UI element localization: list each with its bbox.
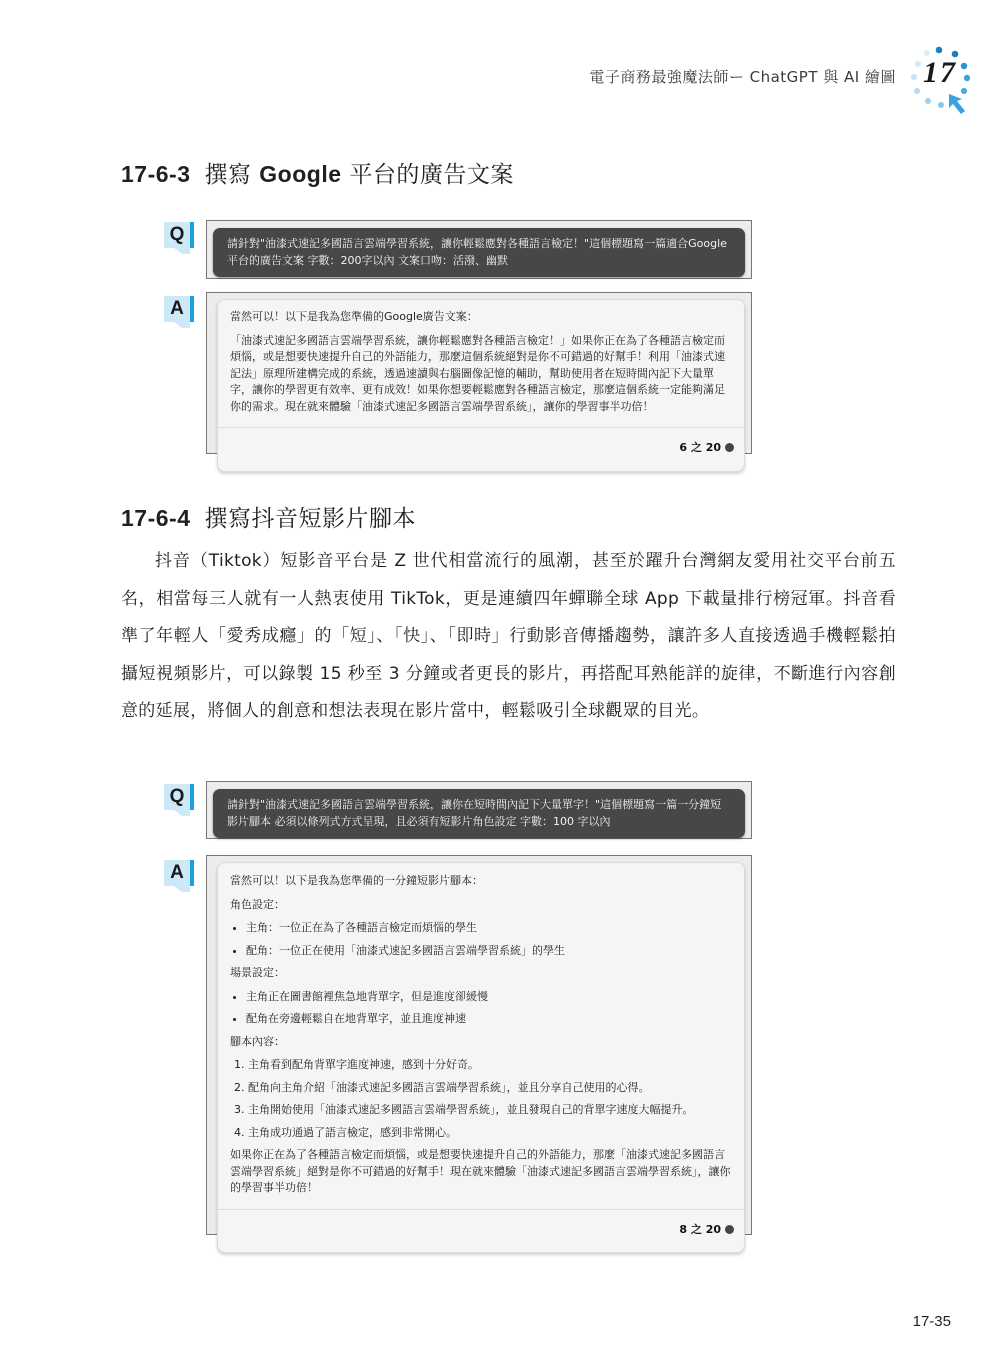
prompt-bubble: 請針對"油漆式速記多國語言雲端學習系統，讓你在短時間內記下大量單字！"這個標題寫… bbox=[213, 789, 745, 838]
list-item: 配角在旁邊輕鬆自在地背單字，並且進度神速 bbox=[246, 1011, 732, 1028]
scenes-list: 主角正在圖書館裡焦急地背單字，但是進度卻緩慢 配角在旁邊輕鬆自在地背單字，並且進… bbox=[230, 989, 732, 1028]
scene-heading: 場景設定： bbox=[230, 965, 732, 982]
section-title-en: Google bbox=[259, 161, 341, 187]
list-item: 3. 主角開始使用「油漆式速記多國語言雲端學習系統」，並且發現自己的背單字速度大… bbox=[230, 1102, 732, 1119]
response-card: 當然可以！以下是我為您準備的一分鐘短影片腳本： 角色設定： 主角：一位正在為了各… bbox=[217, 862, 745, 1253]
section-title: 撰寫抖音短影片腳本 bbox=[204, 506, 416, 532]
answer-tag: A bbox=[164, 296, 194, 322]
list-item: 配角：一位正在使用「油漆式速記多國語言雲端學習系統」的學生 bbox=[246, 943, 732, 960]
prompt-bubble: 請針對"油漆式速記多國語言雲端學習系統，讓你輕鬆應對各種語言檢定！"這個標題寫一… bbox=[213, 228, 745, 277]
script-heading: 腳本內容： bbox=[230, 1034, 732, 1051]
script-list: 1. 主角看到配角背單字進度神速，感到十分好奇。 2. 配角向主角介紹「油漆式速… bbox=[230, 1057, 732, 1141]
body-paragraph: 抖音（Tiktok）短影音平台是 Z 世代相當流行的風潮，甚至於躍升台灣網友愛用… bbox=[121, 543, 896, 731]
list-item: 主角：一位正在為了各種語言檢定而煩惱的學生 bbox=[246, 920, 732, 937]
section-number: 17-6-4 bbox=[121, 505, 190, 531]
section-title-suffix: 平台的廣告文案 bbox=[349, 162, 514, 188]
response-closing: 如果你正在為了各種語言檢定而煩惱，或是想要快速提升自己的外語能力，那麼「油漆式速… bbox=[230, 1147, 732, 1197]
response-pager: 8 之 20 bbox=[679, 1223, 721, 1236]
chapter-badge: 17 bbox=[905, 42, 975, 118]
list-item: 1. 主角看到配角背單字進度神速，感到十分好奇。 bbox=[230, 1057, 732, 1074]
roles-list: 主角：一位正在為了各種語言檢定而煩惱的學生 配角：一位正在使用「油漆式速記多國語… bbox=[230, 920, 732, 959]
section-title-prefix: 撰寫 bbox=[204, 162, 251, 188]
response-footer: 6 之 20 bbox=[218, 427, 744, 471]
prompt-frame: 請針對"油漆式速記多國語言雲端學習系統，讓你在短時間內記下大量單字！"這個標題寫… bbox=[206, 781, 752, 839]
answer-tag: A bbox=[164, 860, 194, 886]
response-pager: 6 之 20 bbox=[679, 441, 721, 454]
section-number: 17-6-3 bbox=[121, 161, 190, 187]
response-intro: 當然可以！以下是我為您準備的Google廣告文案： bbox=[230, 309, 732, 326]
chapter-number: 17 bbox=[923, 56, 957, 90]
response-frame: 當然可以！以下是我為您準備的一分鐘短影片腳本： 角色設定： 主角：一位正在為了各… bbox=[206, 855, 752, 1235]
list-item: 4. 主角成功通過了語言檢定，感到非常開心。 bbox=[230, 1125, 732, 1142]
question-tag: Q bbox=[164, 784, 194, 810]
status-dot-icon bbox=[725, 443, 734, 452]
roles-heading: 角色設定： bbox=[230, 897, 732, 914]
question-tag: Q bbox=[164, 222, 194, 248]
response-card: 當然可以！以下是我為您準備的Google廣告文案： 「油漆式速記多國語言雲端學習… bbox=[217, 299, 745, 472]
list-item: 主角正在圖書館裡焦急地背單字，但是進度卻緩慢 bbox=[246, 989, 732, 1006]
running-head-title: 電子商務最強魔法師ー ChatGPT 與 AI 繪圖 bbox=[589, 66, 896, 87]
response-footer: 8 之 20 bbox=[218, 1209, 744, 1253]
response-frame: 當然可以！以下是我為您準備的Google廣告文案： 「油漆式速記多國語言雲端學習… bbox=[206, 292, 752, 454]
section-heading-17-6-4: 17-6-4撰寫抖音短影片腳本 bbox=[121, 500, 416, 533]
page-number: 17-35 bbox=[913, 1313, 951, 1330]
response-intro: 當然可以！以下是我為您準備的一分鐘短影片腳本： bbox=[230, 873, 732, 890]
status-dot-icon bbox=[725, 1225, 734, 1234]
section-heading-17-6-3: 17-6-3撰寫 Google 平台的廣告文案 bbox=[121, 156, 514, 189]
response-body: 「油漆式速記多國語言雲端學習系統，讓你輕鬆應對各種語言檢定！」如果你正在為了各種… bbox=[230, 333, 732, 416]
list-item: 2. 配角向主角介紹「油漆式速記多國語言雲端學習系統」，並且分享自己使用的心得。 bbox=[230, 1080, 732, 1097]
prompt-frame: 請針對"油漆式速記多國語言雲端學習系統，讓你輕鬆應對各種語言檢定！"這個標題寫一… bbox=[206, 220, 752, 279]
